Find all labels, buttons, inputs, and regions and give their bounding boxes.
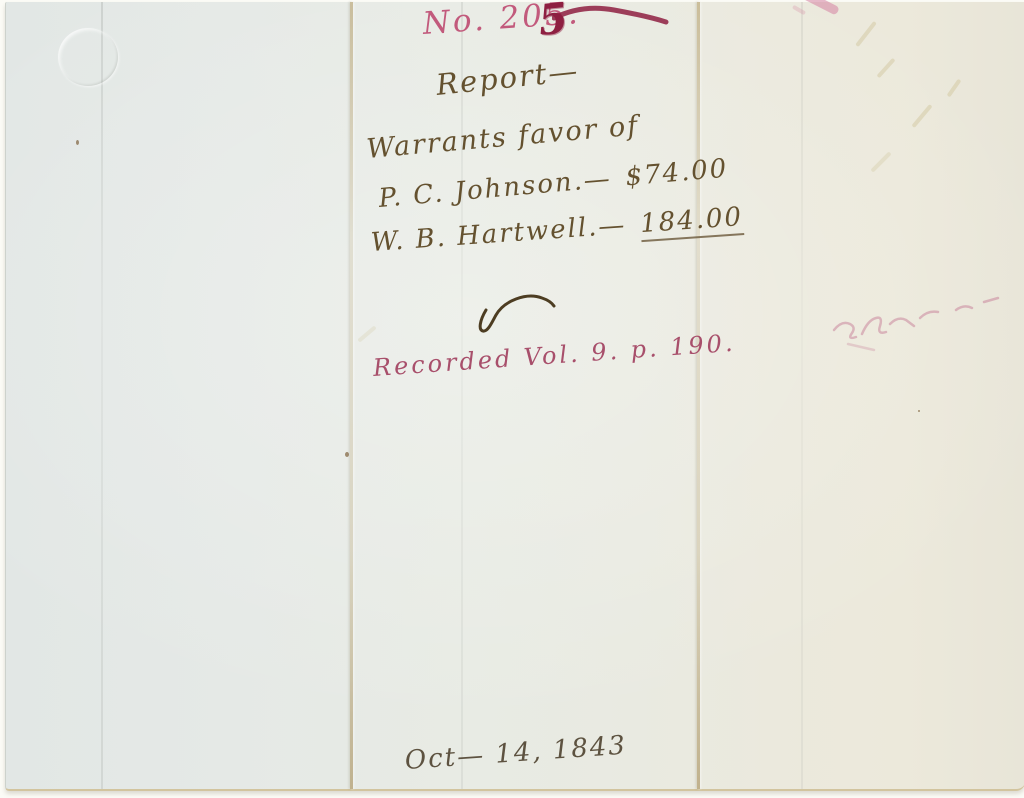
ink-bleedthrough	[911, 104, 932, 128]
ink-flourish	[552, 2, 672, 30]
mirror-writing-marks	[828, 282, 1018, 354]
ink-bleedthrough	[870, 151, 891, 172]
ink-speck	[918, 410, 920, 412]
fold-crease	[350, 2, 353, 789]
ink-bleedthrough	[947, 79, 962, 98]
fold-crease	[461, 2, 463, 789]
embossed-seal-icon	[58, 28, 118, 86]
ink-bleedthrough	[855, 21, 877, 47]
fold-crease	[801, 2, 803, 789]
fold-crease	[101, 2, 103, 789]
ink-bleedthrough	[357, 325, 376, 342]
scan-background: No. 205. 5 Report— Warrants favor of P. …	[0, 0, 1024, 798]
ink-speck	[345, 452, 349, 457]
ink-speck	[76, 140, 79, 145]
checkmark-icon	[468, 288, 564, 340]
fold-crease	[697, 2, 700, 789]
ink-bleedthrough	[876, 58, 895, 79]
